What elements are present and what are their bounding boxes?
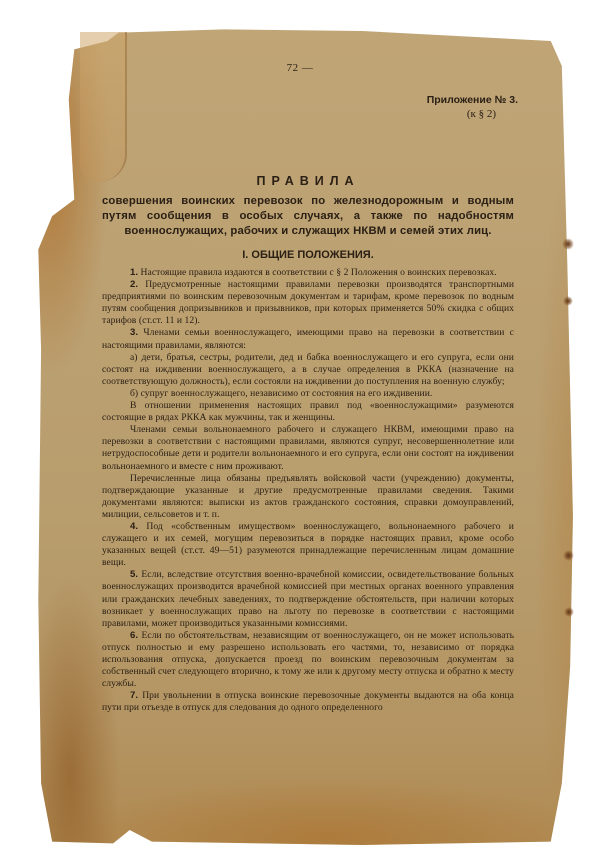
paragraph-text: Настоящие правила издаются в соответстви… <box>138 267 497 278</box>
paragraph-list: 1. Настоящие правила издаются в соответс… <box>102 267 514 714</box>
paragraph-number: 4. <box>130 521 138 532</box>
page-number: 72 — <box>86 62 514 74</box>
section-heading: I. ОБЩИЕ ПОЛОЖЕНИЯ. <box>102 249 514 261</box>
paragraph-number: 3. <box>130 327 138 338</box>
appendix-reference: (к § 2) <box>427 108 496 120</box>
paragraph-text: Если, вследствие отсутствия военно-враче… <box>102 569 514 628</box>
document-subtitle: совершения воинских перевозок по железно… <box>102 194 514 239</box>
paragraph-text: Если по обстоятельствам, независящим от … <box>102 630 514 689</box>
paragraph-text: Под «собственным имуществом» военнослужа… <box>102 521 514 568</box>
document-body: 72 — Приложение № 3. (к § 2) ПРАВИЛА сов… <box>102 62 514 714</box>
paragraph-number: 1. <box>130 267 138 278</box>
rust-stain <box>564 607 574 617</box>
document-title: ПРАВИЛА <box>102 174 514 188</box>
paragraph: В отношении применения настоящих правил … <box>102 400 514 424</box>
paragraph-number: 2. <box>130 279 138 290</box>
paragraph: 1. Настоящие правила издаются в соответс… <box>102 267 514 279</box>
paragraph-number: 5. <box>130 569 138 580</box>
paragraph-text: Предусмотренные настоящими правилами пер… <box>102 279 514 326</box>
rust-stain <box>563 296 573 306</box>
paragraph-text: а) дети, братья, сестры, родители, дед и… <box>102 352 514 387</box>
paragraph-text: б) супруг военнослужащего, независимо от… <box>130 388 432 399</box>
paragraph-text: Членами семьи вольнонаемного рабочего и … <box>102 424 514 471</box>
paragraph-number: 6. <box>130 630 138 641</box>
paragraph: 5. Если, вследствие отсутствия военно-вр… <box>102 569 514 629</box>
paragraph: 6. Если по обстоятельствам, независящим … <box>102 630 514 690</box>
rust-stain <box>562 238 574 250</box>
paragraph: 2. Предусмотренные настоящими правилами … <box>102 279 514 327</box>
paragraph-text: Перечисленные лица обязаны предъявлять в… <box>102 473 514 520</box>
paragraph: 3. Членами семьи военнослужащего, имеющи… <box>102 327 514 351</box>
paragraph: б) супруг военнослужащего, независимо от… <box>102 388 514 400</box>
paragraph-text: Членами семьи военнослужащего, имеющими … <box>102 327 514 350</box>
rust-stain <box>563 550 574 561</box>
paragraph: Членами семьи вольнонаемного рабочего и … <box>102 424 514 472</box>
paragraph-number: 7. <box>130 690 138 701</box>
appendix-label-block: Приложение № 3. (к § 2) <box>427 94 518 120</box>
paragraph: 7. При увольнении в отпуска воинские пер… <box>102 690 514 714</box>
paragraph: 4. Под «собственным имуществом» военносл… <box>102 521 514 569</box>
paragraph-text: В отношении применения настоящих правил … <box>102 400 514 423</box>
appendix-label: Приложение № 3. <box>427 94 518 106</box>
paragraph: а) дети, братья, сестры, родители, дед и… <box>102 352 514 388</box>
paragraph: Перечисленные лица обязаны предъявлять в… <box>102 473 514 521</box>
paragraph-text: При увольнении в отпуска воинские перево… <box>102 690 514 713</box>
